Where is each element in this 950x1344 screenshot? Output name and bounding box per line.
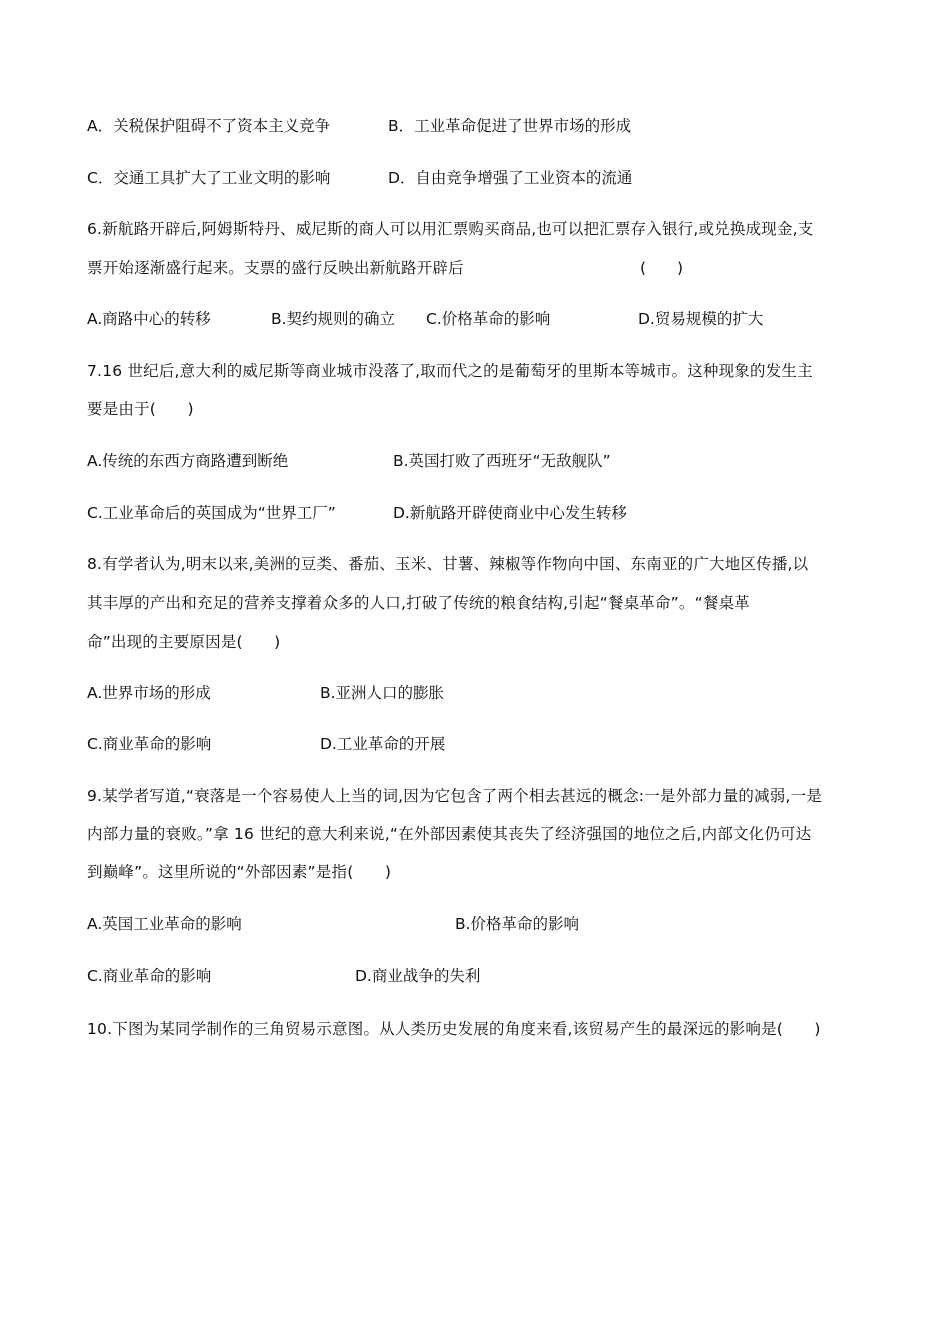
- q6-stem-line1: 6.新航路开辟后,阿姆斯特丹、威尼斯的商人可以用汇票购买商品,也可以把汇票存入银…: [87, 218, 867, 240]
- q6-option-b: B.契约规则的确立: [271, 308, 395, 330]
- q8-option-a: A.世界市场的形成: [87, 682, 211, 704]
- q8-option-b: B.亚洲人口的膨胀: [320, 682, 444, 704]
- q8-option-c: C.商业革命的影响: [87, 733, 211, 755]
- q9-option-d: D.商业战争的失利: [355, 965, 480, 987]
- q9-stem-line1: 9.某学者写道,“衰落是一个容易使人上当的词,因为它包含了两个相去甚远的概念:一…: [87, 785, 867, 807]
- q9-option-a: A.英国工业革命的影响: [87, 913, 242, 935]
- q6-option-a: A.商路中心的转移: [87, 308, 211, 330]
- q7-option-d: D.新航路开辟使商业中心发生转移: [393, 502, 627, 524]
- q9-stem-line3: 到巅峰”。这里所说的“外部因素”是指( ): [87, 861, 867, 883]
- q8-stem-line1: 8.有学者认为,明末以来,美洲的豆类、番茄、玉米、甘薯、辣椒等作物向中国、东南亚…: [87, 553, 867, 575]
- q8-option-d: D.工业革命的开展: [320, 733, 445, 755]
- q9-option-c: C.商业革命的影响: [87, 965, 211, 987]
- q6-option-d: D.贸易规模的扩大: [638, 308, 763, 330]
- q6-stem-line2: 票开始逐渐盛行起来。支票的盛行反映出新航路开辟后: [87, 257, 867, 279]
- q6-answer-blank: ( ): [640, 257, 683, 279]
- q7-option-c: C.工业革命后的英国成为“世界工厂”: [87, 502, 336, 524]
- q5-option-c: C．交通工具扩大了工业文明的影响: [87, 167, 330, 189]
- q9-stem-line2: 内部力量的衰败。”拿 16 世纪的意大利来说,“在外部因素使其丧失了经济强国的地…: [87, 823, 867, 845]
- q7-option-a: A.传统的东西方商路遭到断绝: [87, 450, 288, 472]
- q7-stem-line2: 要是由于( ): [87, 398, 867, 420]
- q5-option-b: B．工业革命促进了世界市场的形成: [388, 115, 631, 137]
- q8-stem-line2: 其丰厚的产出和充足的营养支撑着众多的人口,打破了传统的粮食结构,引起“餐桌革命”…: [87, 592, 867, 614]
- q5-option-d: D．自由竞争增强了工业资本的流通: [388, 167, 632, 189]
- q7-stem-line1: 7.16 世纪后,意大利的威尼斯等商业城市没落了,取而代之的是葡萄牙的里斯本等城…: [87, 360, 867, 382]
- q5-option-a: A．关税保护阻碍不了资本主义竞争: [87, 115, 330, 137]
- q9-option-b: B.价格革命的影响: [455, 913, 579, 935]
- q10-stem-line1: 10.下图为某同学制作的三角贸易示意图。从人类历史发展的角度来看,该贸易产生的最…: [87, 1018, 867, 1040]
- q6-option-c: C.价格革命的影响: [426, 308, 550, 330]
- q7-option-b: B.英国打败了西班牙“无敌舰队”: [393, 450, 611, 472]
- q8-stem-line3: 命”出现的主要原因是( ): [87, 631, 867, 653]
